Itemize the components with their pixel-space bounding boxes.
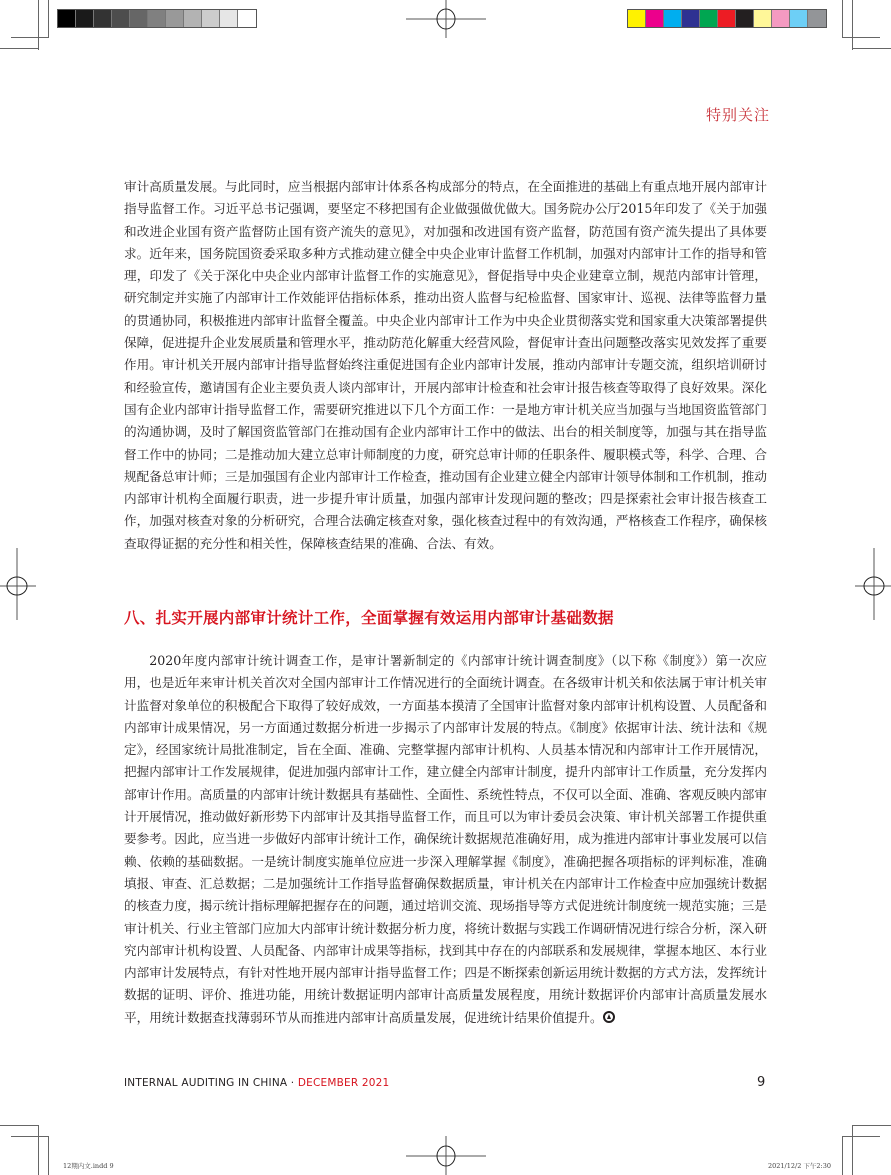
- gray-swatch: [76, 10, 94, 27]
- color-swatch: [646, 10, 664, 27]
- page-number: 9: [757, 1075, 765, 1090]
- color-swatch: [736, 10, 754, 27]
- gray-swatch: [202, 10, 220, 27]
- gray-swatch: [94, 10, 112, 27]
- section-label: 特别关注: [706, 104, 770, 125]
- gray-swatch: [130, 10, 148, 27]
- color-swatch: [700, 10, 718, 27]
- gray-swatch: [238, 10, 256, 27]
- registration-mark-top: [406, 0, 486, 40]
- section-heading: 八、扎实开展内部审计统计工作，全面掌握有效运用内部审计基础数据: [124, 606, 614, 628]
- end-of-article-icon: [603, 1011, 615, 1023]
- process-color-bar: [627, 9, 827, 28]
- registration-mark-left: [0, 548, 40, 620]
- color-swatch: [628, 10, 646, 27]
- color-swatch: [718, 10, 736, 27]
- gray-swatch: [58, 10, 76, 27]
- color-swatch: [772, 10, 790, 27]
- body-paragraph-2: 2020年度内部审计统计调查工作，是审计署新制定的《内部审计统计调查制度》（以下…: [124, 650, 767, 1029]
- gray-swatch: [112, 10, 130, 27]
- color-swatch: [790, 10, 808, 27]
- paragraph-text: 审计高质量发展。与此同时，应当根据内部审计体系各构成部分的特点，在全面推进的基础…: [124, 176, 767, 555]
- publication-name: INTERNAL AUDITING IN CHINA ·: [124, 1077, 298, 1089]
- gray-swatch: [166, 10, 184, 27]
- paragraph-text: 2020年度内部审计统计调查工作，是审计署新制定的《内部审计统计调查制度》（以下…: [124, 653, 767, 1025]
- gray-swatch: [220, 10, 238, 27]
- issue-date: DECEMBER 2021: [298, 1077, 390, 1089]
- body-paragraph-1: 审计高质量发展。与此同时，应当根据内部审计体系各构成部分的特点，在全面推进的基础…: [124, 176, 767, 555]
- gray-swatch: [184, 10, 202, 27]
- color-swatch: [754, 10, 772, 27]
- registration-mark-bottom: [406, 1136, 486, 1175]
- slug-timestamp: 2021/12/2 下午2:30: [768, 1161, 831, 1170]
- registration-mark-right: [855, 548, 891, 620]
- color-swatch: [682, 10, 700, 27]
- footer-publication: INTERNAL AUDITING IN CHINA · DECEMBER 20…: [124, 1077, 389, 1089]
- color-swatch: [808, 10, 826, 27]
- color-swatch: [664, 10, 682, 27]
- slug-filename: 12期内文.indd 9: [63, 1161, 114, 1170]
- gray-swatch: [148, 10, 166, 27]
- grayscale-color-bar: [57, 9, 257, 28]
